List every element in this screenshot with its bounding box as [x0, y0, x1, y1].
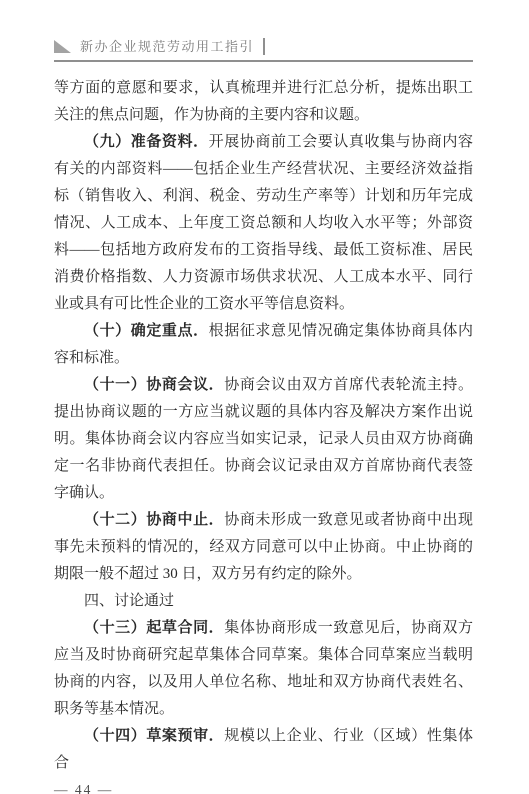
document-page: 新办企业规范劳动用工指引 等方面的意愿和要求，认真梳理并进行汇总分析，提炼出职工…: [0, 0, 529, 794]
paragraph-heading: （十四）草案预审．: [84, 728, 224, 744]
corner-triangle-icon: [54, 40, 71, 53]
paragraph: （十四）草案预审．规模以上企业、行业（区域）性集体合: [54, 723, 473, 777]
paragraph-heading: （九）准备资料．: [84, 134, 209, 150]
paragraph-text: 四、讨论通过: [84, 593, 174, 609]
paragraph: （十）确定重点．根据征求意见情况确定集体协商具体内容和标准。: [54, 318, 473, 372]
header-divider-bar: [263, 38, 265, 55]
paragraph: 四、讨论通过: [54, 588, 473, 615]
paragraph-heading: （十三）起草合同．: [84, 620, 224, 636]
paragraph: （十三）起草合同．集体协商形成一致意见后，协商双方应当及时协商研究起草集体合同草…: [54, 615, 473, 723]
paragraph: （十二）协商中止．协商未形成一致意见或者协商中出现事先未预料的情况的，经双方同意…: [54, 507, 473, 588]
paragraph: （十一）协商会议．协商会议由双方首席代表轮流主持。提出协商议题的一方应当就议题的…: [54, 372, 473, 507]
paragraph-text: 协商会议由双方首席代表轮流主持。提出协商议题的一方应当就议题的具体内容及解决方案…: [54, 377, 473, 501]
header-title: 新办企业规范劳动用工指引: [80, 38, 254, 55]
body-text: 等方面的意愿和要求，认真梳理并进行汇总分析，提炼出职工关注的焦点问题，作为协商的…: [54, 75, 473, 777]
paragraph-text: 等方面的意愿和要求，认真梳理并进行汇总分析，提炼出职工关注的焦点问题，作为协商的…: [54, 80, 473, 123]
paragraph-heading: （十二）协商中止．: [84, 512, 224, 528]
paragraph: （九）准备资料．开展协商前工会要认真收集与协商内容有关的内部资料——包括企业生产…: [54, 129, 473, 318]
paragraph-text: 开展协商前工会要认真收集与协商内容有关的内部资料——包括企业生产经营状况、主要经…: [54, 134, 473, 312]
paragraph-heading: （十）确定重点．: [84, 323, 209, 339]
paragraph-heading: （十一）协商会议．: [84, 377, 224, 393]
footer-page-number: — 44 —: [54, 782, 473, 794]
running-header: 新办企业规范劳动用工指引: [54, 38, 473, 62]
paragraph: 等方面的意愿和要求，认真梳理并进行汇总分析，提炼出职工关注的焦点问题，作为协商的…: [54, 75, 473, 129]
